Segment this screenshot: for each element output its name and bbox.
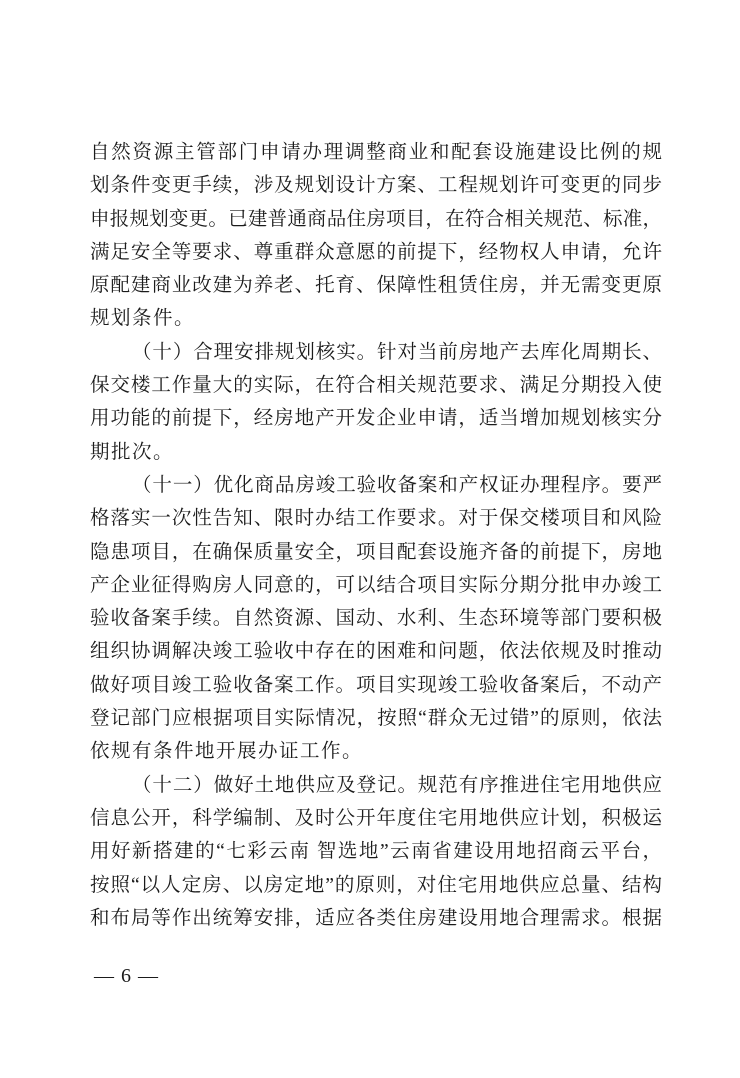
text-line: 申报规划变更。已建普通商品住房项目，在符合相关规范、标准，: [90, 203, 662, 236]
text-line: 按照“以人定房、以房定地”的原则，对住宅用地供应总量、结构: [90, 869, 662, 902]
text-line: （十二）做好土地供应及登记。规范有序推进住宅用地供应: [90, 769, 662, 802]
text-line: 划条件变更手续，涉及规划设计方案、工程规划许可变更的同步: [90, 169, 662, 202]
text-line: 验收备案手续。自然资源、国动、水利、生态环境等部门要积极: [90, 602, 662, 635]
text-line: 依规有条件地开展办证工作。: [90, 735, 662, 768]
text-line: 产企业征得购房人同意的，可以结合项目实际分期分批申办竣工: [90, 569, 662, 602]
text-line: 登记部门应根据项目实际情况，按照“群众无过错”的原则，依法: [90, 702, 662, 735]
paragraph-continuation: 自然资源主管部门申请办理调整商业和配套设施建设比例的规划条件变更手续，涉及规划设…: [90, 136, 662, 336]
text-line: 格落实一次性告知、限时办结工作要求。对于保交楼项目和风险: [90, 502, 662, 535]
text-line: （十）合理安排规划核实。针对当前房地产去库化周期长、: [90, 336, 662, 369]
text-line: （十一）优化商品房竣工验收备案和产权证办理程序。要严: [90, 469, 662, 502]
paragraph-item-12: （十二）做好土地供应及登记。规范有序推进住宅用地供应信息公开，科学编制、及时公开…: [90, 769, 662, 935]
text-line: 用好新搭建的“七彩云南 智选地”云南省建设用地招商云平台，: [90, 835, 662, 868]
text-line: 用功能的前提下，经房地产开发企业申请，适当增加规划核实分: [90, 402, 662, 435]
text-line: 原配建商业改建为养老、托育、保障性租赁住房，并无需变更原: [90, 269, 662, 302]
text-line: 保交楼工作量大的实际，在符合相关规范要求、满足分期投入使: [90, 369, 662, 402]
page-number: — 6 —: [94, 964, 159, 988]
text-line: 满足安全等要求、尊重群众意愿的前提下，经物权人申请，允许: [90, 236, 662, 269]
paragraph-item-10: （十）合理安排规划核实。针对当前房地产去库化周期长、保交楼工作量大的实际，在符合…: [90, 336, 662, 469]
text-line: 信息公开，科学编制、及时公开年度住宅用地供应计划，积极运: [90, 802, 662, 835]
text-line: 组织协调解决竣工验收中存在的困难和问题，依法依规及时推动: [90, 635, 662, 668]
text-line: 规划条件。: [90, 302, 662, 335]
text-line: 和布局等作出统筹安排，适应各类住房建设用地合理需求。根据: [90, 902, 662, 935]
paragraph-item-11: （十一）优化商品房竣工验收备案和产权证办理程序。要严格落实一次性告知、限时办结工…: [90, 469, 662, 769]
text-line: 隐患项目，在确保质量安全，项目配套设施齐备的前提下，房地: [90, 536, 662, 569]
document-body: 自然资源主管部门申请办理调整商业和配套设施建设比例的规划条件变更手续，涉及规划设…: [90, 136, 662, 935]
text-line: 期批次。: [90, 436, 662, 469]
text-line: 做好项目竣工验收备案工作。项目实现竣工验收备案后，不动产: [90, 669, 662, 702]
text-line: 自然资源主管部门申请办理调整商业和配套设施建设比例的规: [90, 136, 662, 169]
document-page: 自然资源主管部门申请办理调整商业和配套设施建设比例的规划条件变更手续，涉及规划设…: [0, 0, 740, 1078]
